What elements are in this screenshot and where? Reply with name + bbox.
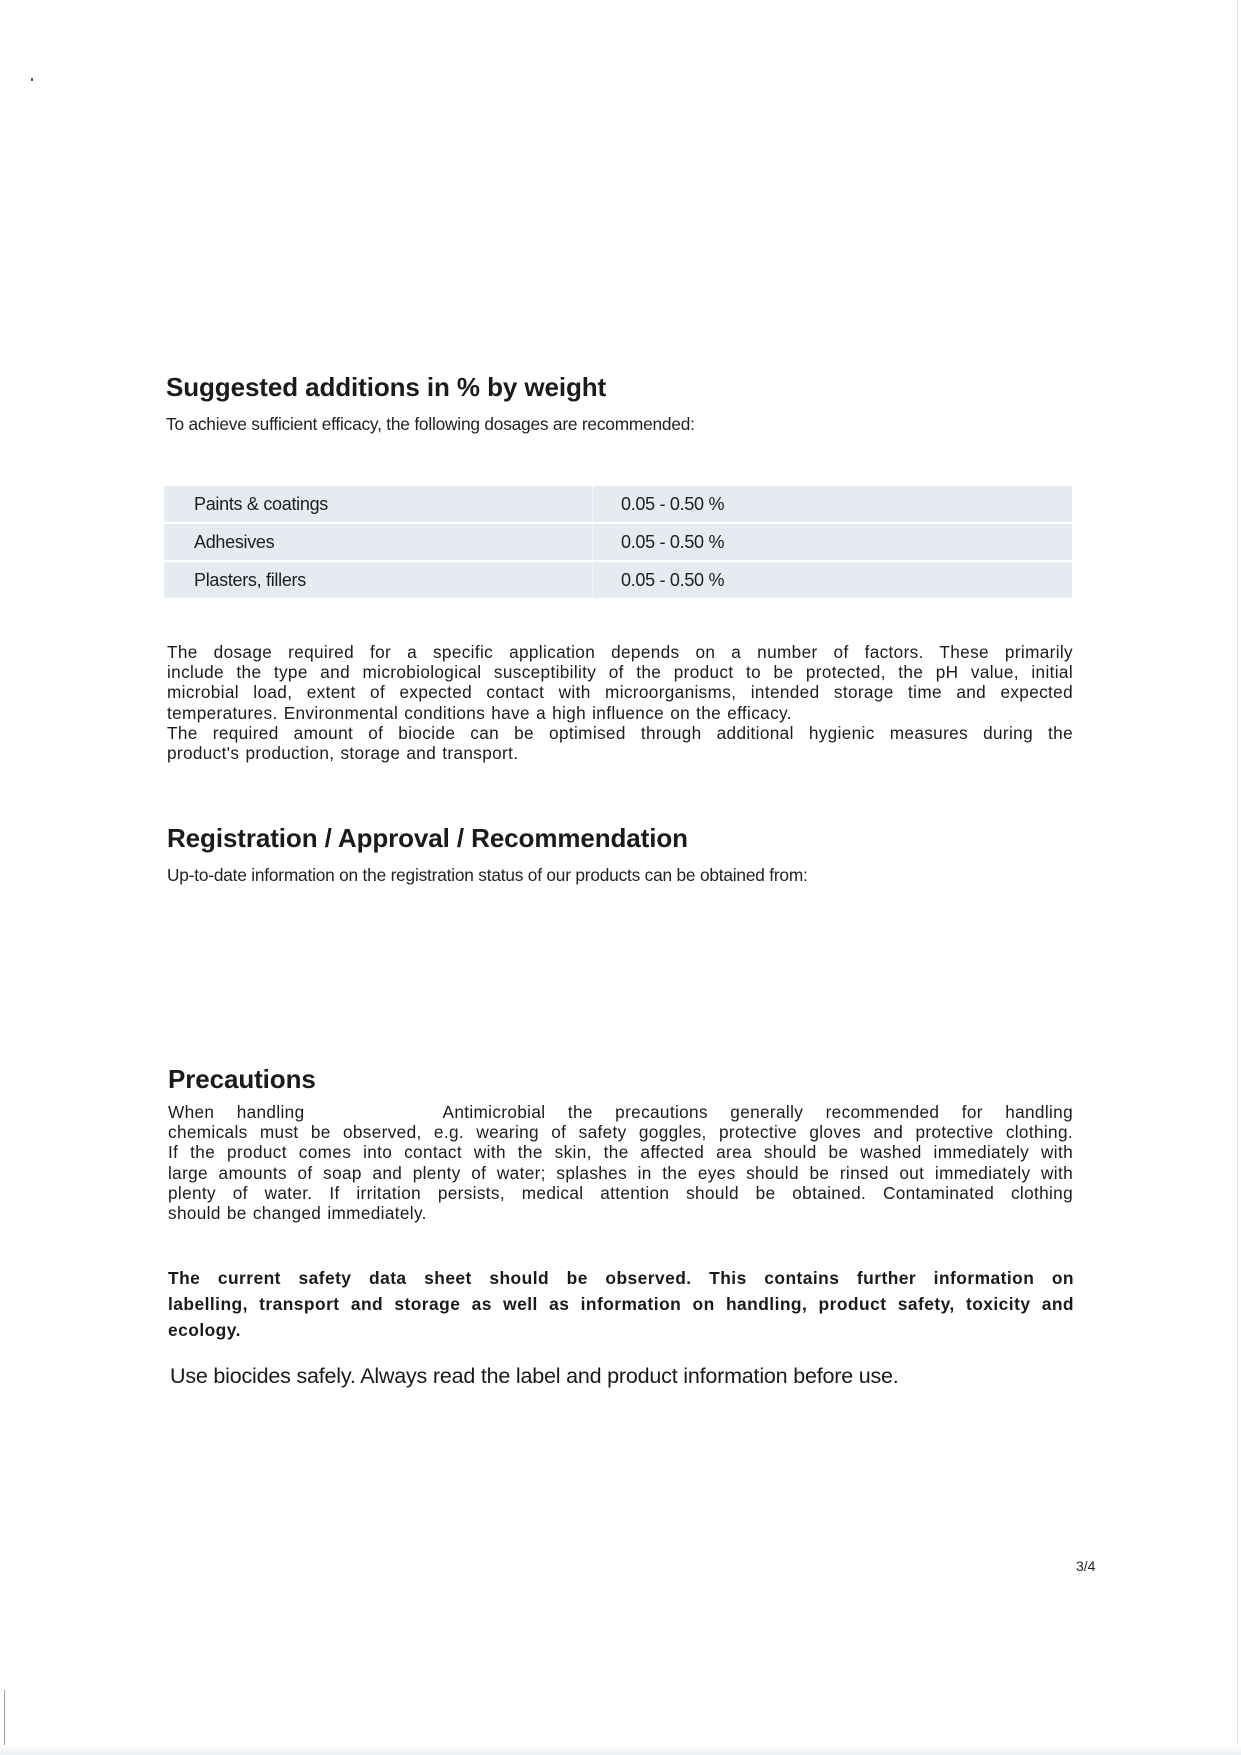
suggested-additions-intro: To achieve sufficient efficacy, the foll… (166, 414, 695, 435)
registration-intro: Up-to-date information on the registrati… (167, 865, 808, 886)
application-cell: Plasters, fillers (164, 560, 593, 598)
text-line: The dosage required for a specific appli… (167, 642, 1073, 662)
dosage-explanation: The dosage required for a specific appli… (167, 642, 1073, 763)
scan-edge-left (4, 1690, 5, 1745)
precautions-text: When handlingAntimicrobial the precautio… (168, 1102, 1073, 1223)
suggested-additions-heading: Suggested additions in % by weight (166, 372, 606, 403)
text-line: labelling, transport and storage as well… (168, 1292, 1074, 1318)
table-row: Paints & coatings 0.05 - 0.50 % (164, 486, 1072, 522)
text-line: should be changed immediately. (168, 1203, 1073, 1223)
application-cell: Adhesives (164, 522, 593, 560)
scan-edge-bottom (0, 1745, 1241, 1755)
text-line: large amounts of soap and plenty of wate… (168, 1163, 1073, 1183)
dosage-cell: 0.05 - 0.50 % (593, 522, 1072, 560)
precautions-heading: Precautions (168, 1064, 316, 1095)
dosage-cell: 0.05 - 0.50 % (593, 486, 1072, 522)
text-line: ecology. (168, 1318, 1074, 1344)
text-line: The current safety data sheet should be … (168, 1266, 1074, 1292)
page-number: 3/4 (1076, 1558, 1095, 1574)
text-line: microbial load, extent of expected conta… (167, 682, 1073, 702)
application-cell: Paints & coatings (164, 486, 593, 522)
scan-edge-right (1237, 0, 1238, 1755)
table-row: Plasters, fillers 0.05 - 0.50 % (164, 560, 1072, 598)
text-line: If the product comes into contact with t… (168, 1142, 1073, 1162)
table-row: Adhesives 0.05 - 0.50 % (164, 522, 1072, 560)
registration-heading: Registration / Approval / Recommendation (167, 823, 688, 854)
scan-speck (31, 78, 33, 81)
text-line: When handlingAntimicrobial the precautio… (168, 1102, 1073, 1122)
text-line: The required amount of biocide can be op… (167, 723, 1073, 743)
text-fragment: When handling (168, 1102, 305, 1122)
safety-data-sheet-note: The current safety data sheet should be … (168, 1266, 1074, 1343)
dosage-table: Paints & coatings 0.05 - 0.50 % Adhesive… (164, 486, 1072, 598)
dosage-cell: 0.05 - 0.50 % (593, 560, 1072, 598)
text-line: product's production, storage and transp… (167, 743, 1073, 763)
biocide-safety-statement: Use biocides safely. Always read the lab… (170, 1364, 899, 1389)
text-line: temperatures. Environmental conditions h… (167, 703, 1073, 723)
text-line: include the type and microbiological sus… (167, 662, 1073, 682)
text-line: chemicals must be observed, e.g. wearing… (168, 1122, 1073, 1142)
text-line: plenty of water. If irritation persists,… (168, 1183, 1073, 1203)
text-fragment: Antimicrobial the precautions generally … (443, 1102, 1074, 1122)
